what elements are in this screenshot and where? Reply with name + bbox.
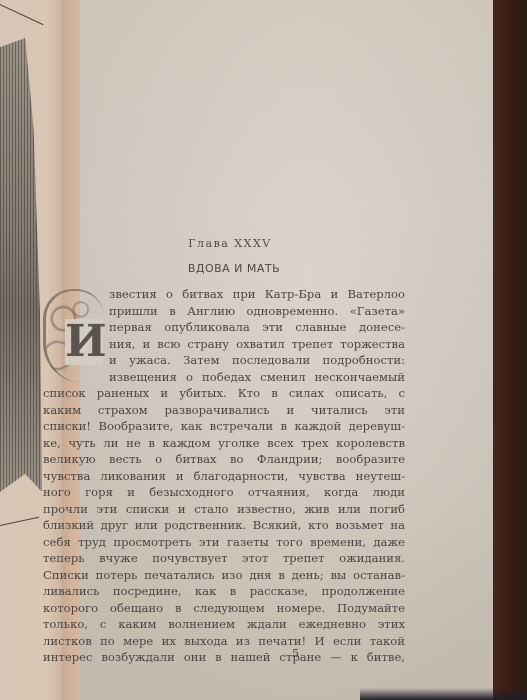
illustration-frame-line: [0, 4, 44, 25]
text-line: прочли эти списки и стало известно, жив …: [43, 501, 405, 518]
paragraph: И звестия о битвах при Катр-Бра и Ватерл…: [43, 286, 405, 666]
text-line: каким страхом разворачивались и читались…: [43, 402, 405, 419]
text-line: великую весть о битвах во Фландрии; вооб…: [43, 451, 405, 468]
drop-cap-letter: И: [65, 319, 103, 365]
text-line: чувства ликования и благодарности, чувст…: [43, 468, 405, 485]
drop-cap: И: [43, 287, 105, 385]
page-text: Глава XXXV ВДОВА И МАТЬ И звестия о битв…: [43, 236, 405, 666]
book-photo: Глава XXXV ВДОВА И МАТЬ И звестия о битв…: [0, 0, 527, 700]
text-line: список раненых и убитых. Кто в силах опи…: [43, 385, 405, 402]
text-line: только, с каким волнением ждали ежедневн…: [43, 616, 405, 633]
text-line: которого обещано в следующем номере. Под…: [43, 600, 405, 617]
text-line: ливались посредине, как в рассказе, прод…: [43, 583, 405, 600]
chapter-title: ВДОВА И МАТЬ: [63, 261, 405, 278]
chapter-number: Глава XXXV: [55, 236, 405, 253]
page-number: 5: [0, 647, 527, 660]
text-line: себя труд просмотреть эти газеты того вр…: [43, 534, 405, 551]
text-line: ке, чуть ли не в каждом уголке всех трех…: [43, 435, 405, 452]
text-line: ного горя и безысходного отчаяния, когда…: [43, 484, 405, 501]
text-line: близкий друг или родственник. Всякий, кт…: [43, 517, 405, 534]
text-line: теперь вчуже почувствует этот трепет ожи…: [43, 550, 405, 567]
table-shadow: [360, 688, 527, 700]
text-line: Списки потерь печатались изо дня в день;…: [43, 567, 405, 584]
text-line: списки! Вообразите, как встречали в кажд…: [43, 418, 405, 435]
book-cover-edge: [487, 0, 527, 700]
illustration-frame-line: [0, 517, 39, 526]
engraving-illustration: [0, 38, 42, 492]
